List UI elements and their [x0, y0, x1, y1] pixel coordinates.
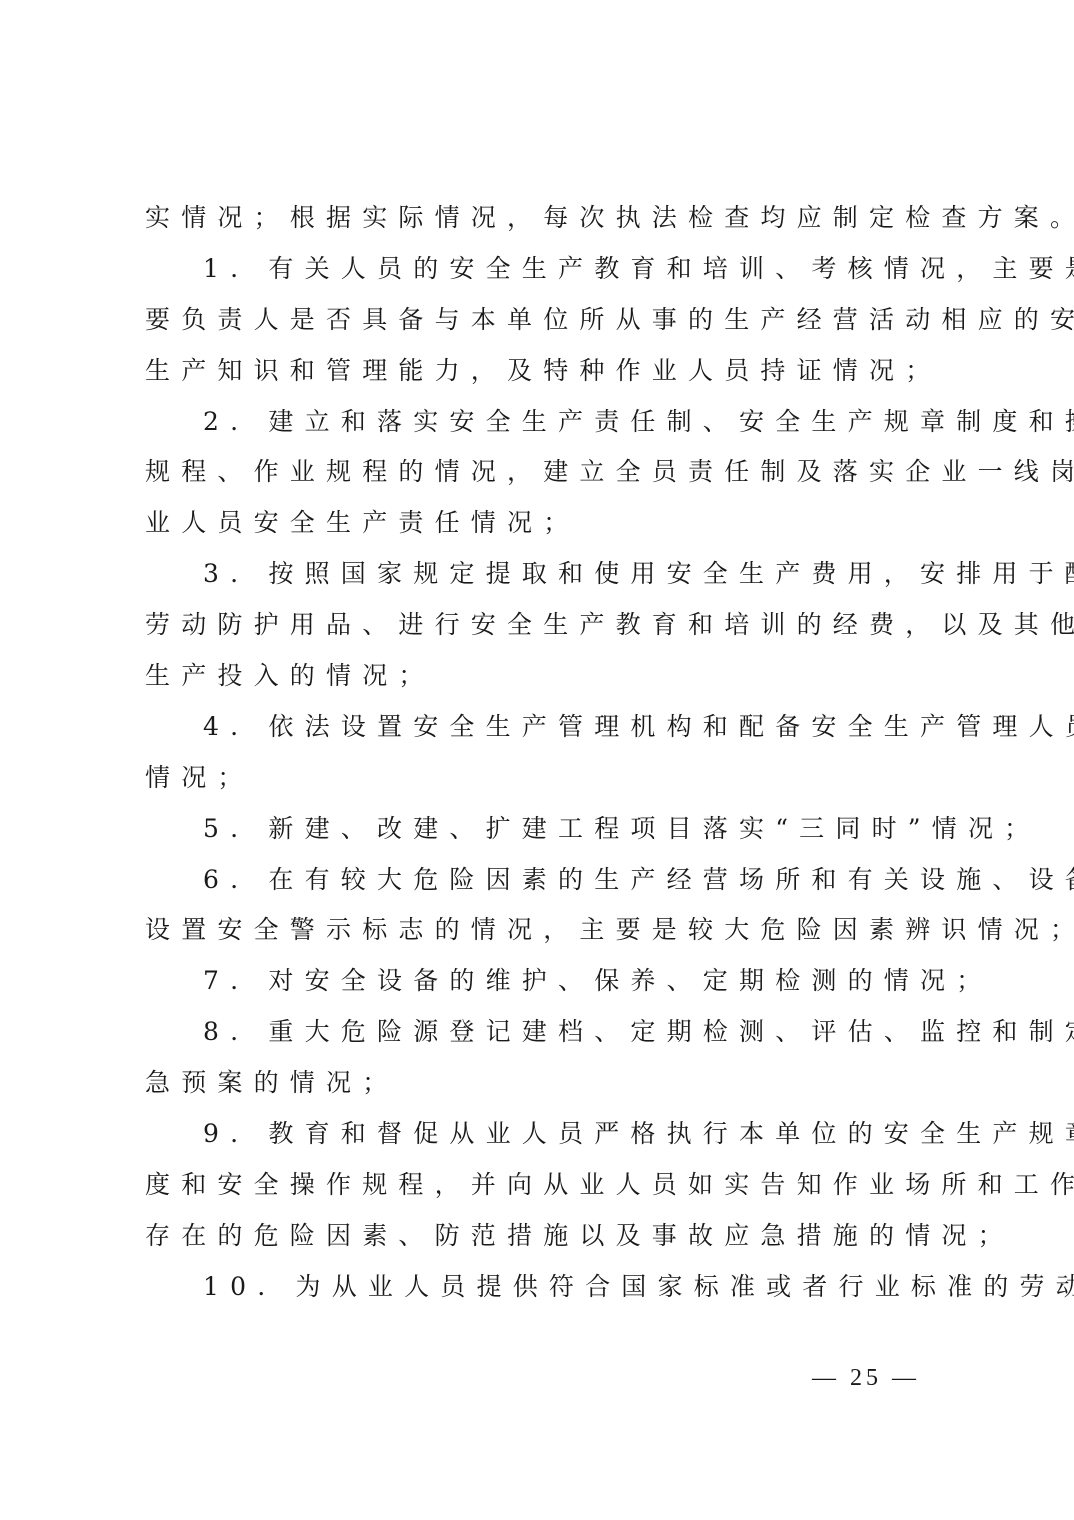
text-line: 生产投入的情况； — [145, 651, 941, 702]
text-line: 2. 建立和落实安全生产责任制、安全生产规章制度和操作 — [145, 397, 941, 448]
text-line: 规程、作业规程的情况，建立全员责任制及落实企业一线岗位从 — [145, 447, 941, 498]
document-page: 实情况；根据实际情况，每次执法检查均应制定检查方案。 1. 有关人员的安全生产教… — [0, 0, 1074, 1520]
text-line: 生产知识和管理能力，及特种作业人员持证情况； — [145, 346, 941, 397]
text-line: 业人员安全生产责任情况； — [145, 498, 941, 549]
text-line: 10. 为从业人员提供符合国家标准或者行业标准的劳动防 — [145, 1262, 941, 1313]
text-line: 设置安全警示标志的情况，主要是较大危险因素辨识情况； — [145, 905, 941, 956]
text-line: 7. 对安全设备的维护、保养、定期检测的情况； — [145, 956, 941, 1007]
text-line: 情况； — [145, 753, 941, 804]
text-line: 5. 新建、改建、扩建工程项目落实“三同时”情况； — [145, 804, 941, 855]
text-line: 度和安全操作规程，并向从业人员如实告知作业场所和工作岗位 — [145, 1160, 941, 1211]
text-line: 6. 在有较大危险因素的生产经营场所和有关设施、设备上， — [145, 855, 941, 906]
text-line: 劳动防护用品、进行安全生产教育和培训的经费，以及其他安全 — [145, 600, 941, 651]
text-line: 8. 重大危险源登记建档、定期检测、评估、监控和制定应 — [145, 1007, 941, 1058]
text-line: 要负责人是否具备与本单位所从事的生产经营活动相应的安全 — [145, 295, 941, 346]
text-line: 急预案的情况； — [145, 1058, 941, 1109]
text-line: 9. 教育和督促从业人员严格执行本单位的安全生产规章制 — [145, 1109, 941, 1160]
text-line: 实情况；根据实际情况，每次执法检查均应制定检查方案。 — [145, 193, 941, 244]
text-line: 存在的危险因素、防范措施以及事故应急措施的情况； — [145, 1211, 941, 1262]
text-line: 3. 按照国家规定提取和使用安全生产费用，安排用于配备 — [145, 549, 941, 600]
text-line: 1. 有关人员的安全生产教育和培训、考核情况，主要是主 — [145, 244, 941, 295]
document-body: 实情况；根据实际情况，每次执法检查均应制定检查方案。 1. 有关人员的安全生产教… — [145, 193, 941, 1313]
page-number: — 25 — — [812, 1360, 920, 1396]
text-line: 4. 依法设置安全生产管理机构和配备安全生产管理人员的 — [145, 702, 941, 753]
